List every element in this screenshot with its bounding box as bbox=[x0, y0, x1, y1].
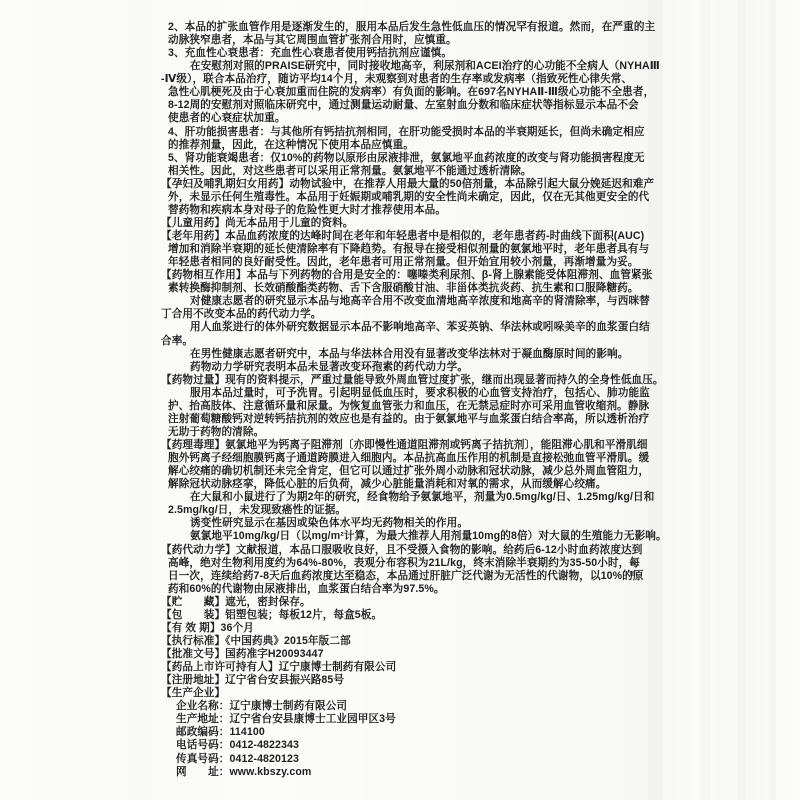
text-line: 【贮 藏】遮光，密封保存。 bbox=[161, 596, 653, 609]
text-line: 2.5mg/kg/日，未发现致癌性的证据。 bbox=[168, 504, 653, 517]
text-line: 服用本品过量时，可予洗胃。引起明显低血压时，要求积极的心血管支持治疗，包括心、肺… bbox=[190, 387, 653, 400]
text-line: 4、肝功能损害患者：与其他所有钙拮抗剂相同，在肝功能受损时本品的半衰期延长，但尚… bbox=[168, 126, 653, 139]
text-line: 在安慰剂对照的PRAISE研究中，同时接收地高辛，利尿剂和ACEI治疗的心功能不… bbox=[190, 60, 653, 73]
text-line: 素转换酶抑制剂、长效硝酸酯类药物、舌下含服硝酸甘油、非甾体类抗炎药、抗生素和口服… bbox=[168, 282, 653, 295]
text-line: 企业名称：辽宁康博士制药有限公司 bbox=[176, 700, 653, 713]
text-line: 在大鼠和小鼠进行了为期2年的研究，经食物给予氨氯地平，剂量为0.5mg/kg/日… bbox=[190, 491, 653, 504]
text-line: 日一次，连续给药7-8天后血药浓度达至稳态，本品通过肝脏广泛代谢为无活性的代谢物… bbox=[168, 570, 653, 583]
insert-text-block: 2、本品的扩张血管作用是逐渐发生的，服用本品后发生急性低血压的情况罕有报道。然而… bbox=[161, 21, 653, 779]
text-line: 生产地址：辽宁省台安县康博士工业园甲区3号 bbox=[176, 713, 653, 726]
text-line: 【注册地址】辽宁省台安县振兴路85号 bbox=[161, 674, 653, 687]
text-line: 急性心肌梗死及由于心衰加重而住院的发病率）有负面的影响。在697名NYHAⅡ-Ⅲ… bbox=[168, 86, 653, 99]
text-line: 【包 装】铝塑包装；每板12片，每盒5板。 bbox=[161, 609, 653, 622]
text-line: 【药物过量】现有的资料提示，严重过量能导致外周血管过度扩张，继而出现显著而持久的… bbox=[161, 374, 653, 387]
scan-artifact bbox=[770, 0, 776, 800]
text-line: 【批准文号】国药准字H20093447 bbox=[161, 648, 653, 661]
text-line: 传真号码：0412-4820123 bbox=[176, 753, 653, 766]
text-line: -Ⅳ级），联合本品治疗，随访平均14个月，未观察到对患者的生存率或发病率（指致死… bbox=[161, 73, 653, 86]
text-line: 注射葡萄糖酸钙对逆转钙拮抗剂的效应也是有益的。由于氨氯地平与血浆蛋白结合率高，所… bbox=[168, 413, 653, 426]
text-line: 无助于药物的清除。 bbox=[168, 426, 653, 439]
text-line: 在男性健康志愿者研究中，本品与华法林合用没有显著改变华法林对于凝血酶原时间的影响… bbox=[190, 348, 653, 361]
text-line: 网 址：www.kbszy.com bbox=[176, 766, 653, 779]
text-line: 3、充血性心衰患者：充血性心衰患者使用钙拮抗剂应谨慎。 bbox=[168, 47, 653, 60]
text-line: 【老年用药】本品血药浓度的达峰时间在老年和年轻患者中是相似的，老年患者药-时曲线… bbox=[161, 230, 653, 243]
text-line: 诱变性研究显示在基因或染色体水平均无药物相关的作用。 bbox=[190, 517, 653, 530]
text-line: 【药代动力学】文献报道，本品口服吸收良好，且不受摄入食物的影响。给药后6-12小… bbox=[161, 544, 653, 557]
text-line: 【药理毒理】氨氯地平为钙离子阻滞剂〔亦即慢性通道阻滞剂或钙离子拮抗剂〕，能阻滞心… bbox=[161, 439, 653, 452]
text-line: 胞外钙离子经细胞膜钙离子通道跨膜进入细胞内。本品抗高血压作用的机制是直接松弛血管… bbox=[168, 452, 653, 465]
text-line: 的推荐剂量，因此，在这种情况下使用本品应慎重。 bbox=[168, 139, 653, 152]
text-line: 【孕妇及哺乳期妇女用药】动物试验中，在推荐人用最大量的50倍剂量，本品除引起大鼠… bbox=[161, 178, 653, 191]
text-line: 护、抬高肢体、注意循环量和尿量。为恢复血管张力和血压，在无禁忌症时亦可采用血管收… bbox=[168, 400, 653, 413]
text-line: 增加和消除半衰期的延长使清除率有下降趋势。有报导在接受相似剂量的氨氯地平时，老年… bbox=[168, 243, 653, 256]
text-line: 氨氯地平10mg/kg/日（以mg/m²计算，为最大推荐人用剂量10mg的8倍）… bbox=[190, 530, 653, 543]
scan-artifact bbox=[701, 0, 711, 800]
text-line: 相关性。因此，对这些患者可以采用正常剂量。氨氯地平不能通过透析清除。 bbox=[168, 165, 653, 178]
text-line: 合率。 bbox=[161, 335, 653, 348]
text-line: 用人血浆进行的体外研究数据显示本品不影响地高辛、苯妥英钠、华法林或吲哚美辛的血浆… bbox=[190, 321, 653, 334]
text-line: 【生产企业】 bbox=[161, 687, 653, 700]
text-line: 【儿童用药】尚无本品用于儿童的资料。 bbox=[161, 217, 653, 230]
text-line: 邮政编码：114100 bbox=[176, 726, 653, 739]
text-line: 电话号码：0412-4822343 bbox=[176, 739, 653, 752]
text-line: 【药品上市许可持有人】辽宁康博士制药有限公司 bbox=[161, 661, 653, 674]
text-line: 高峰，绝对生物利用度约为64%-80%，表观分布容积为21L/kg，终末消除半衰… bbox=[168, 557, 653, 570]
text-line: 对健康志愿者的研究显示本品与地高辛合用不改变血清地高辛浓度和地高辛的肾清除率，与… bbox=[190, 295, 653, 308]
text-line: 2、本品的扩张血管作用是逐渐发生的，服用本品后发生急性低血压的情况罕有报道。然而… bbox=[168, 21, 653, 34]
text-line: 外，未显示任何生殖毒性。本品用于妊娠期或哺乳期的安全性尚未确定，因此，仅在无其他… bbox=[168, 191, 653, 204]
text-line: 动脉狭窄患者，本品与其它周围血管扩张剂合用时，应慎重。 bbox=[168, 34, 653, 47]
text-line: 5、肾功能衰竭患者：仅10%的药物以原形由尿液排泄，氨氯地平血药浓度的改变与肾功… bbox=[168, 152, 653, 165]
text-line: 年轻患者相同的良好耐受性。因此，老年患者可用正常剂量。但开始宜用较小剂量，再渐增… bbox=[168, 256, 653, 269]
text-line: 使患者的心衰症状加重。 bbox=[168, 112, 653, 125]
text-line: 【执行标准】《中国药典》2015年版二部 bbox=[161, 635, 653, 648]
text-line: 解除冠状动脉痉挛，降低心脏的后负荷，减少心脏能量消耗和对氧的需求，从而缓解心绞痛… bbox=[168, 478, 653, 491]
package-insert-page: 2、本品的扩张血管作用是逐渐发生的，服用本品后发生急性低血压的情况罕有报道。然而… bbox=[0, 0, 800, 800]
text-line: 【药物相互作用】本品与下列药物的合用是安全的：噻嗪类利尿剂、β-肾上腺素能受体阻… bbox=[161, 269, 653, 282]
text-line: 解心绞痛的确切机制还未完全肯定，但它可以通过扩张外周小动脉和冠状动脉，减少总外周… bbox=[168, 465, 653, 478]
scan-artifact bbox=[737, 0, 745, 800]
text-line: 药和60%的代谢物由尿液排出，血浆蛋白结合率为97.5%。 bbox=[168, 583, 653, 596]
text-line: 药物动力学研究表明本品未显著改变环孢素的药代动力学。 bbox=[190, 361, 653, 374]
text-line: 丁合用不改变本品的药代动力学。 bbox=[161, 308, 653, 321]
text-line: 8-12周的安慰剂对照临床研究中，通过测量运动耐量、左室射血分数和临床症状等指标… bbox=[168, 99, 653, 112]
text-line: 替药物和疾病本身对母子的危险性更大时才推荐使用本品。 bbox=[168, 204, 653, 217]
text-line: 【有 效 期】36个月 bbox=[161, 622, 653, 635]
